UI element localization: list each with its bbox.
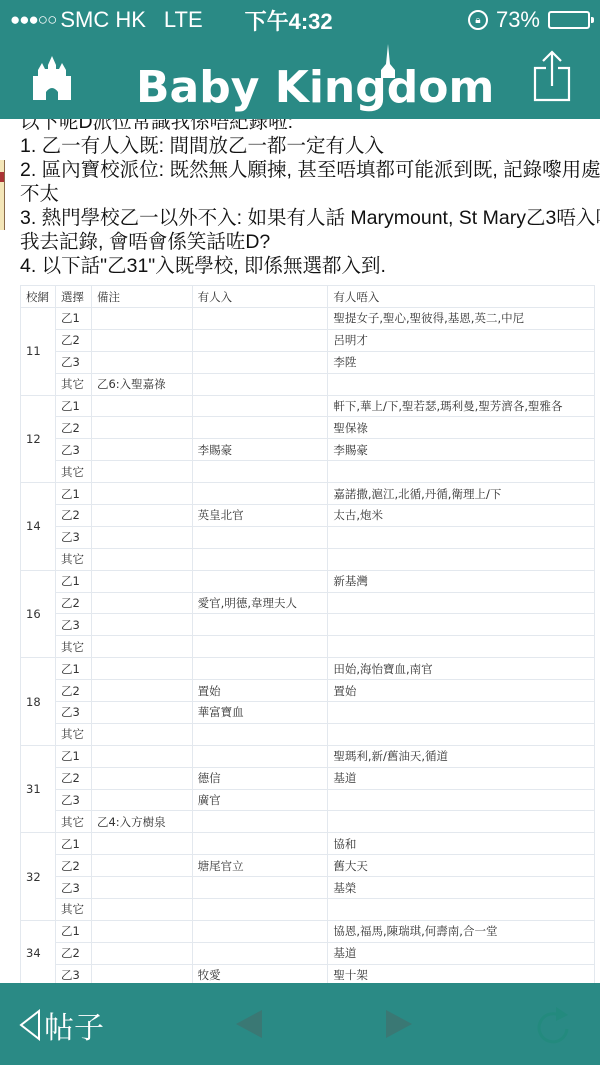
note-cell [91, 658, 192, 680]
note-cell [91, 723, 192, 745]
note-cell [91, 789, 192, 811]
choice-cell: 乙2 [55, 592, 91, 614]
not-admitted-cell [328, 373, 595, 395]
table-row: 其它乙6:入聖嘉祿 [21, 373, 595, 395]
choice-cell: 乙1 [55, 570, 91, 592]
admitted-cell: 英皇北官 [192, 505, 328, 527]
note-cell: 乙4:入方樹泉 [91, 811, 192, 833]
choice-cell: 乙1 [55, 745, 91, 767]
share-icon[interactable] [533, 50, 571, 102]
choice-cell: 其它 [55, 461, 91, 483]
adjacent-panel-edge [0, 160, 5, 230]
back-chevron-icon [18, 1009, 42, 1041]
note-cell [91, 680, 192, 702]
choice-cell: 其它 [55, 548, 91, 570]
admitted-cell: 廣官 [192, 789, 328, 811]
admitted-cell [192, 811, 328, 833]
table-row: 11乙1聖提女子,聖心,聖彼得,基恩,英二,中尼 [21, 308, 595, 330]
school-allocation-table: 校網 選擇 備注 有人入 有人唔入 11乙1聖提女子,聖心,聖彼得,基恩,英二,… [20, 285, 595, 983]
not-admitted-cell: 舊大天 [328, 855, 595, 877]
not-admitted-cell: 太古,炮米 [328, 505, 595, 527]
admitted-cell [192, 570, 328, 592]
header-not-admitted: 有人唔入 [328, 286, 595, 308]
triangle-left-icon[interactable] [234, 1009, 264, 1039]
note-cell [91, 483, 192, 505]
admitted-cell: 李賜豪 [192, 439, 328, 461]
table-row: 其它 [21, 548, 595, 570]
note-cell [91, 877, 192, 899]
table-row: 乙2塘尾官立舊大天 [21, 855, 595, 877]
note-cell [91, 548, 192, 570]
not-admitted-cell [328, 723, 595, 745]
admitted-cell [192, 526, 328, 548]
choice-cell: 乙1 [55, 833, 91, 855]
choice-cell: 乙2 [55, 767, 91, 789]
choice-cell: 乙2 [55, 942, 91, 964]
admitted-cell [192, 548, 328, 570]
note-cell [91, 767, 192, 789]
note-cell [91, 942, 192, 964]
table-row: 其它 [21, 723, 595, 745]
choice-cell: 乙1 [55, 658, 91, 680]
admitted-cell [192, 308, 328, 330]
choice-cell: 乙3 [55, 789, 91, 811]
post-line: 我去記錄, 會唔會係笑話咗D? [20, 230, 600, 254]
not-admitted-cell [328, 899, 595, 921]
app-header: Baby Kingdom [0, 40, 600, 119]
admitted-cell [192, 723, 328, 745]
post-line: 1. 乙一有人入既: 間間放乙一都一定有人入 [20, 134, 600, 158]
school-net-cell: 18 [21, 658, 56, 746]
table-row: 其它乙4:入方樹泉 [21, 811, 595, 833]
admitted-cell [192, 833, 328, 855]
note-cell [91, 592, 192, 614]
not-admitted-cell [328, 789, 595, 811]
not-admitted-cell: 新基灣 [328, 570, 595, 592]
note-cell [91, 899, 192, 921]
note-cell [91, 702, 192, 724]
admitted-cell: 置始 [192, 680, 328, 702]
not-admitted-cell: 置始 [328, 680, 595, 702]
triangle-right-icon[interactable] [384, 1009, 414, 1039]
admitted-cell [192, 373, 328, 395]
choice-cell: 乙3 [55, 702, 91, 724]
table-row: 其它 [21, 461, 595, 483]
table-row: 乙3李陞 [21, 351, 595, 373]
choice-cell: 乙3 [55, 351, 91, 373]
post-line: 不太 [20, 182, 600, 206]
choice-cell: 乙1 [55, 308, 91, 330]
note-cell [91, 526, 192, 548]
choice-cell: 乙2 [55, 329, 91, 351]
post-line: 以下呢D派位常識我係唔紀錄啦: [20, 119, 600, 134]
note-cell [91, 417, 192, 439]
note-cell [91, 461, 192, 483]
table-row: 乙2德信基道 [21, 767, 595, 789]
table-row: 31乙1聖瑪利,新/舊油天,循道 [21, 745, 595, 767]
rotation-lock-icon: 🔒︎ [468, 10, 488, 30]
admitted-cell [192, 942, 328, 964]
choice-cell: 乙3 [55, 614, 91, 636]
not-admitted-cell: 聖提女子,聖心,聖彼得,基恩,英二,中尼 [328, 308, 595, 330]
choice-cell: 乙1 [55, 395, 91, 417]
admitted-cell [192, 483, 328, 505]
table-row: 34乙1協恩,福馬,陳瑞琪,何壽南,合一堂 [21, 920, 595, 942]
post-line: 4. 以下話"乙31"入既學校, 即係無選都入到. [20, 254, 600, 278]
table-row: 乙2呂明才 [21, 329, 595, 351]
choice-cell: 其它 [55, 811, 91, 833]
network-type: LTE [164, 7, 203, 33]
table-row: 乙3華富寶血 [21, 702, 595, 724]
admitted-cell [192, 920, 328, 942]
battery-percent: 73% [496, 7, 540, 33]
not-admitted-cell: 協和 [328, 833, 595, 855]
refresh-icon[interactable] [534, 1005, 572, 1045]
castle-icon[interactable] [33, 56, 71, 100]
table-row: 乙3 [21, 614, 595, 636]
not-admitted-cell: 協恩,福馬,陳瑞琪,何壽南,合一堂 [328, 920, 595, 942]
admitted-cell [192, 329, 328, 351]
note-cell [91, 964, 192, 983]
table-row: 乙2置始置始 [21, 680, 595, 702]
school-net-cell: 31 [21, 745, 56, 833]
brand-logo[interactable]: Baby Kingdom [136, 62, 494, 113]
not-admitted-cell [328, 461, 595, 483]
choice-cell: 乙2 [55, 680, 91, 702]
admitted-cell [192, 417, 328, 439]
table-row: 乙3李賜豪李賜豪 [21, 439, 595, 461]
admitted-cell: 塘尾官立 [192, 855, 328, 877]
not-admitted-cell: 聖十架 [328, 964, 595, 983]
admitted-cell [192, 395, 328, 417]
not-admitted-cell [328, 592, 595, 614]
note-cell [91, 745, 192, 767]
table-row: 18乙1田始,海怡寶血,南官 [21, 658, 595, 680]
note-cell [91, 505, 192, 527]
admitted-cell: 愛官,明德,韋理夫人 [192, 592, 328, 614]
note-cell [91, 614, 192, 636]
admitted-cell [192, 877, 328, 899]
school-net-cell: 16 [21, 570, 56, 658]
admitted-cell [192, 351, 328, 373]
admitted-cell [192, 658, 328, 680]
not-admitted-cell: 基榮 [328, 877, 595, 899]
admitted-cell [192, 899, 328, 921]
bottom-toolbar: 帖子 [0, 983, 600, 1065]
table-row: 乙3基榮 [21, 877, 595, 899]
school-net-cell: 12 [21, 395, 56, 483]
choice-cell: 其它 [55, 373, 91, 395]
table-row: 14乙1嘉諾撒,滬江,北循,丹循,衛理上/下 [21, 483, 595, 505]
table-row: 32乙1協和 [21, 833, 595, 855]
note-cell [91, 855, 192, 877]
post-body: 以下呢D派位常識我係唔紀錄啦: 1. 乙一有人入既: 間間放乙一都一定有人入 2… [20, 119, 600, 278]
note-cell [91, 351, 192, 373]
not-admitted-cell: 基道 [328, 767, 595, 789]
table-row: 其它 [21, 899, 595, 921]
post-content[interactable]: 以下呢D派位常識我係唔紀錄啦: 1. 乙一有人入既: 間間放乙一都一定有人入 2… [0, 119, 600, 983]
school-net-cell: 34 [21, 920, 56, 983]
table-row: 乙3牧愛聖十架 [21, 964, 595, 983]
note-cell: 乙6:入聖嘉祿 [91, 373, 192, 395]
signal-strength: ●●●○○ [10, 10, 56, 30]
note-cell [91, 920, 192, 942]
table-header-row: 校網 選擇 備注 有人入 有人唔入 [21, 286, 595, 308]
not-admitted-cell [328, 614, 595, 636]
note-cell [91, 308, 192, 330]
school-net-cell: 14 [21, 483, 56, 571]
admitted-cell [192, 461, 328, 483]
not-admitted-cell: 呂明才 [328, 329, 595, 351]
choice-cell: 其它 [55, 723, 91, 745]
not-admitted-cell: 李陞 [328, 351, 595, 373]
table-row: 乙2聖保祿 [21, 417, 595, 439]
admitted-cell [192, 745, 328, 767]
not-admitted-cell: 嘉諾撒,滬江,北循,丹循,衛理上/下 [328, 483, 595, 505]
not-admitted-cell [328, 811, 595, 833]
carrier-name: SMC HK [60, 7, 146, 33]
table-row: 乙2愛官,明德,韋理夫人 [21, 592, 595, 614]
table-body: 11乙1聖提女子,聖心,聖彼得,基恩,英二,中尼乙2呂明才乙3李陞其它乙6:入聖… [21, 308, 595, 984]
choice-cell: 乙2 [55, 417, 91, 439]
choice-cell: 乙3 [55, 964, 91, 983]
note-cell [91, 636, 192, 658]
note-cell [91, 570, 192, 592]
status-bar: ●●●○○ SMC HK LTE 下午4:32 🔒︎ 73% [0, 0, 600, 40]
admitted-cell: 德信 [192, 767, 328, 789]
not-admitted-cell [328, 636, 595, 658]
table-row: 其它 [21, 636, 595, 658]
note-cell [91, 833, 192, 855]
table-row: 乙3 [21, 526, 595, 548]
choice-cell: 乙1 [55, 483, 91, 505]
admitted-cell [192, 636, 328, 658]
table-row: 12乙1軒下,華上/下,聖若瑟,瑪利曼,聖芳濟各,聖雅各 [21, 395, 595, 417]
not-admitted-cell: 田始,海怡寶血,南官 [328, 658, 595, 680]
choice-cell: 乙3 [55, 877, 91, 899]
not-admitted-cell: 聖瑪利,新/舊油天,循道 [328, 745, 595, 767]
not-admitted-cell [328, 526, 595, 548]
table-row: 乙2基道 [21, 942, 595, 964]
header-choice: 選擇 [55, 286, 91, 308]
choice-cell: 乙2 [55, 855, 91, 877]
post-line: 3. 熱門學校乙一以外不入: 如果有人話 Marymount, St Mary乙… [20, 206, 600, 230]
header-admitted: 有人入 [192, 286, 328, 308]
table-row: 乙3廣官 [21, 789, 595, 811]
not-admitted-cell: 軒下,華上/下,聖若瑟,瑪利曼,聖芳濟各,聖雅各 [328, 395, 595, 417]
not-admitted-cell [328, 702, 595, 724]
not-admitted-cell [328, 548, 595, 570]
school-net-cell: 11 [21, 308, 56, 396]
not-admitted-cell: 基道 [328, 942, 595, 964]
school-net-cell: 32 [21, 833, 56, 921]
choice-cell: 其它 [55, 636, 91, 658]
admitted-cell [192, 614, 328, 636]
back-button[interactable]: 帖子 [18, 1003, 104, 1047]
choice-cell: 乙3 [55, 526, 91, 548]
note-cell [91, 329, 192, 351]
note-cell [91, 395, 192, 417]
table-row: 16乙1新基灣 [21, 570, 595, 592]
header-net: 校網 [21, 286, 56, 308]
post-line: 2. 區內寶校派位: 既然無人願揀, 甚至唔填都可能派到既, 記錄嚟用處 [20, 158, 600, 182]
back-button-label: 帖子 [44, 1003, 104, 1047]
choice-cell: 乙2 [55, 505, 91, 527]
choice-cell: 乙1 [55, 920, 91, 942]
not-admitted-cell: 聖保祿 [328, 417, 595, 439]
admitted-cell: 華富寶血 [192, 702, 328, 724]
choice-cell: 乙3 [55, 439, 91, 461]
table-row: 乙2英皇北官太古,炮米 [21, 505, 595, 527]
choice-cell: 其它 [55, 899, 91, 921]
admitted-cell: 牧愛 [192, 964, 328, 983]
header-note: 備注 [91, 286, 192, 308]
battery-icon [548, 11, 590, 29]
note-cell [91, 439, 192, 461]
not-admitted-cell: 李賜豪 [328, 439, 595, 461]
clock: 下午4:32 [245, 5, 333, 36]
